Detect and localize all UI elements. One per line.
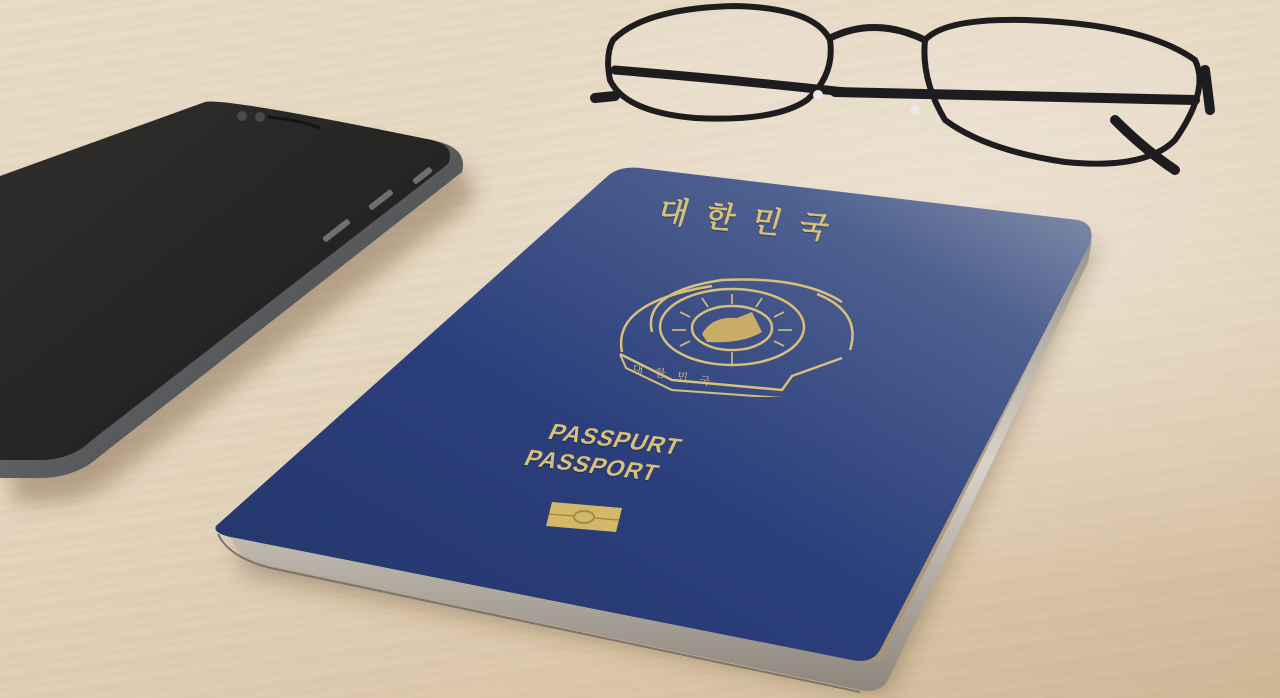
passport: 대한민국 대한민국 PASSPURT PASSPORT [0,0,1280,698]
e-passport-chip-icon [546,500,624,534]
national-emblem-icon: 대한민국 [612,272,862,397]
svg-text:대한민국: 대한민국 [631,361,723,391]
